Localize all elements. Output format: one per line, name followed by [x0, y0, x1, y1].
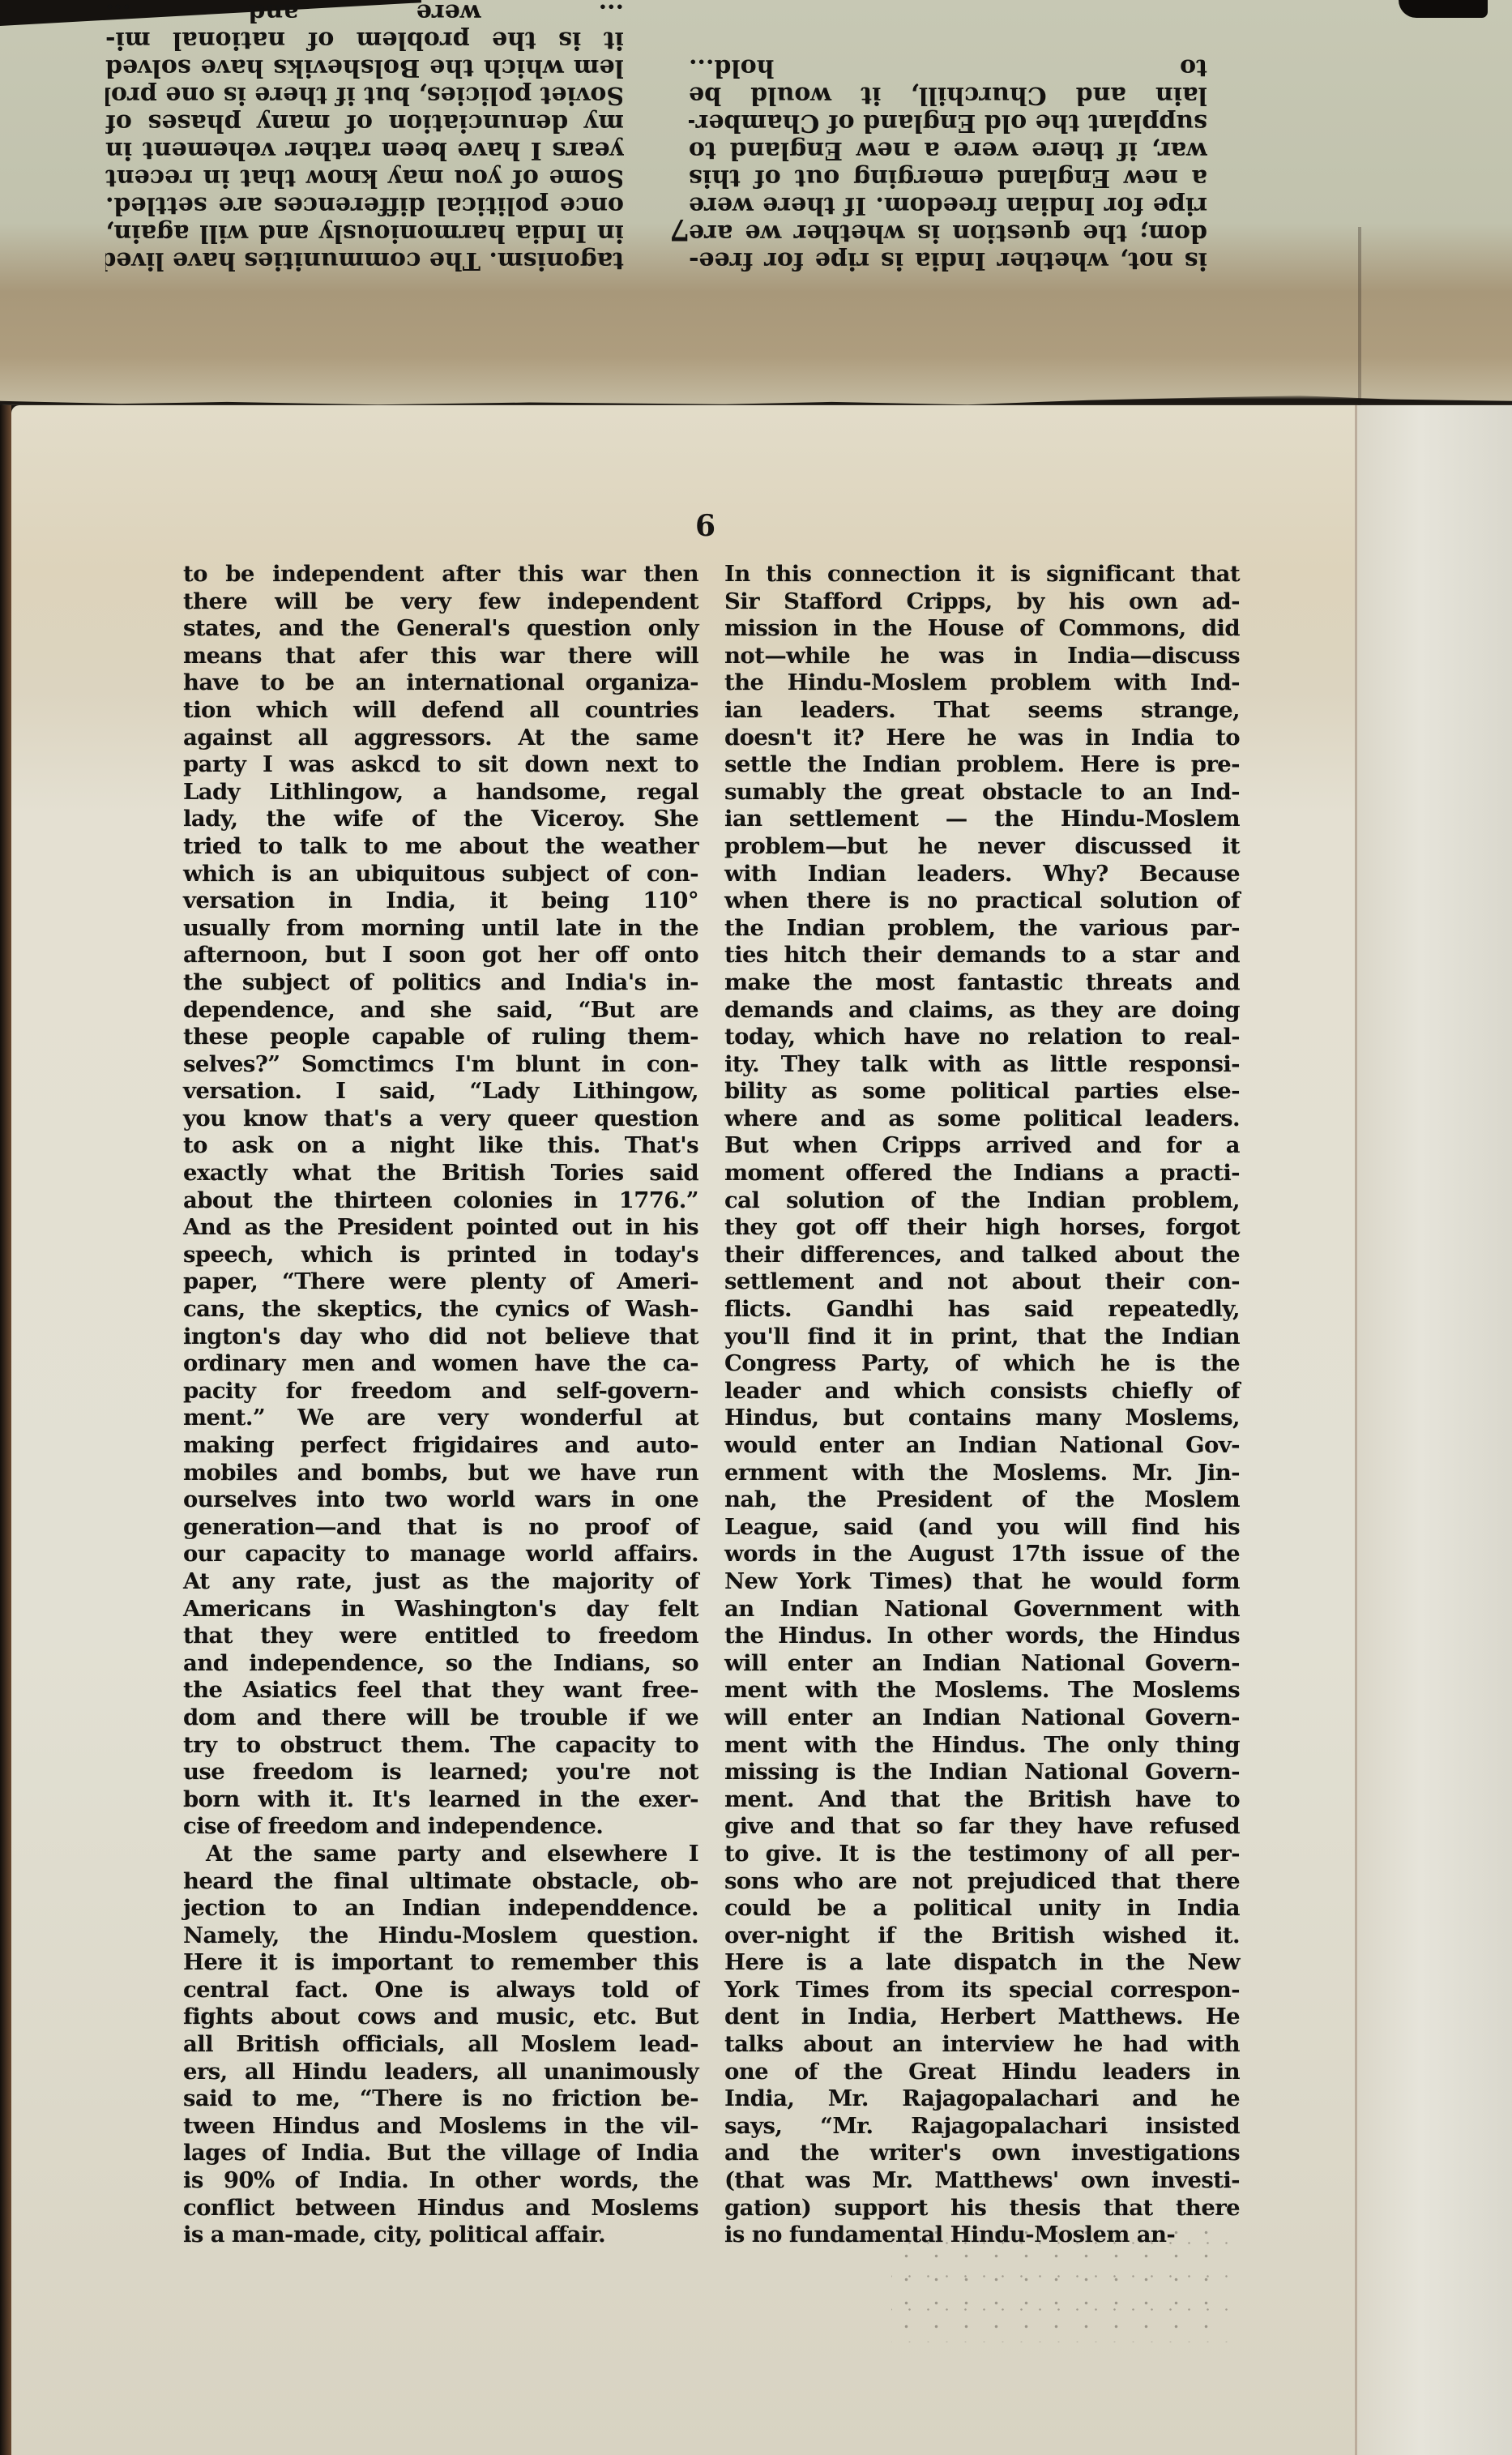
left-text-column: to be independent after this war thenthe… — [183, 561, 698, 2249]
text-line: making perfect frigidaires and auto- — [183, 1432, 698, 1460]
text-line: when there is no practical solution of — [724, 887, 1240, 915]
text-line: Sir Stafford Cripps, by his own ad- — [724, 588, 1240, 616]
text-line: an Indian National Government with — [724, 1596, 1240, 1623]
text-line: about the thirteen colonies in 1776.” — [183, 1187, 698, 1215]
scan-shadow-corner — [1399, 0, 1488, 18]
text-line: exactly what the British Tories said — [183, 1160, 698, 1187]
text-line: could be a political unity in India — [724, 1895, 1240, 1923]
text-line: the Asiatics feel that they want free- — [183, 1677, 698, 1704]
text-line: to give. It is the testimony of all per- — [724, 1841, 1240, 1868]
flap-text-line: is not, whether India is ripe for free- — [689, 246, 1207, 274]
flap-text-line: supplant the old England of Chamber- — [689, 109, 1207, 136]
text-line: our capacity to manage world affairs. — [183, 1541, 698, 1568]
text-line: where and as some political leaders. — [724, 1106, 1240, 1133]
text-line: will enter an Indian National Govern- — [724, 1650, 1240, 1678]
text-line: try to obstruct them. The capacity to — [183, 1732, 698, 1760]
text-line: central fact. One is always told of — [183, 1977, 698, 2004]
text-line: selves?” Somctimcs I'm blunt in con- — [183, 1051, 698, 1079]
text-line: pacity for freedom and self-govern- — [183, 1378, 698, 1405]
text-line: conflict between Hindus and Moslems — [183, 2195, 698, 2222]
text-line: says, “Mr. Rajagopalachari insisted — [724, 2113, 1240, 2141]
text-line: settlement and not about their con- — [724, 1268, 1240, 1296]
text-line: and the writer's own investigations — [724, 2140, 1240, 2167]
text-line: you'll find it in print, that the Indian — [724, 1324, 1240, 1351]
text-line: Lady Lithlingow, a handsome, regal — [183, 779, 698, 806]
text-line: words in the August 17th issue of the — [724, 1541, 1240, 1568]
text-line: lady, the wife of the Viceroy. She — [183, 806, 698, 833]
text-line: Namely, the Hindu-Moslem question. — [183, 1923, 698, 1950]
text-line: demands and claims, as they are doing — [724, 997, 1240, 1024]
flap-text-line: war, if there were a new England to — [689, 136, 1207, 164]
text-line: they got off their high horses, forgot — [724, 1214, 1240, 1242]
flap-text-line: my denunciation of many phases of — [105, 109, 624, 136]
text-line: versation in India, it being 110° — [183, 887, 698, 915]
text-line: not—while he was in India—discuss — [724, 643, 1240, 670]
text-line: cans, the skeptics, the cynics of Wash- — [183, 1296, 698, 1324]
text-line: which is an ubiquitous subject of con- — [183, 861, 698, 888]
flap-text-line: lem which the Bolsheviks have solved — [105, 53, 624, 81]
text-line: At the same party and elsewhere I — [183, 1841, 698, 1868]
fold-crease — [1358, 227, 1361, 405]
text-line: (that was Mr. Matthews' own investi- — [724, 2167, 1240, 2195]
text-line: lages of India. But the village of India — [183, 2140, 698, 2167]
text-line: ment with the Moslems. The Moslems — [724, 1677, 1240, 1704]
text-line: League, said (and you will find his — [724, 1514, 1240, 1542]
flap-text-line: to hold... — [689, 53, 1207, 81]
flap-right-column: tagonism. The communities have livedin I… — [105, 0, 624, 274]
text-line: versation. I said, “Lady Lithingow, — [183, 1078, 698, 1106]
flap-text-line: ripe for Indian freedom. If there were — [689, 191, 1207, 219]
text-line: tried to talk to me about the weather — [183, 833, 698, 861]
text-line: dent in India, Herbert Matthews. He — [724, 2004, 1240, 2031]
flap-text-line: tagonism. The communities have lived — [105, 246, 624, 274]
text-line: sons who are not prejudiced that there — [724, 1868, 1240, 1896]
text-line: ourselves into two world wars in one — [183, 1486, 698, 1514]
text-line: settle the Indian problem. Here is pre- — [724, 751, 1240, 779]
text-line: use freedom is learned; you're not — [183, 1759, 698, 1786]
text-line: ties hitch their demands to a star and — [724, 942, 1240, 969]
text-line: you know that's a very queer question — [183, 1106, 698, 1133]
text-line: the Hindu-Moslem problem with Ind- — [724, 669, 1240, 697]
text-line: with Indian leaders. Why? Because — [724, 861, 1240, 888]
text-line: tween Hindus and Moslems in the vil- — [183, 2113, 698, 2141]
text-line: against all aggressors. At the same — [183, 725, 698, 752]
text-line: heard the final ultimate obstacle, ob- — [183, 1868, 698, 1896]
right-text-column: In this connection it is significant tha… — [724, 561, 1240, 2249]
text-line: party I was askcd to sit down next to — [183, 751, 698, 779]
text-line: Congress Party, of which he is the — [724, 1350, 1240, 1378]
flap-text-line: a new England emerging out of this — [689, 164, 1207, 191]
text-line: is 90% of India. In other words, the — [183, 2167, 698, 2195]
text-line: sumably the great obstacle to an Ind- — [724, 779, 1240, 806]
text-line: flicts. Gandhi has said repeatedly, — [724, 1296, 1240, 1324]
text-line: the Hindus. In other words, the Hindus — [724, 1623, 1240, 1650]
text-line: fights about cows and music, etc. But — [183, 2004, 698, 2031]
text-line: Hindus, but contains many Moslems, — [724, 1405, 1240, 1432]
text-line: paper, “There were plenty of Ameri- — [183, 1268, 698, 1296]
ink-specks — [891, 2221, 1232, 2342]
folded-flap-next-page: is not, whether India is ripe for free-d… — [0, 0, 1512, 405]
binding-edge — [0, 405, 11, 2455]
text-line: the subject of politics and India's in- — [183, 969, 698, 997]
text-line: to ask on a night like this. That's — [183, 1132, 698, 1160]
text-line: give and that so far they have refused — [724, 1813, 1240, 1841]
text-line: cise of freedom and independence. — [183, 1813, 698, 1841]
flap-text-line: once political differences are settled. — [105, 191, 624, 219]
text-line: doesn't it? Here he was in India to — [724, 725, 1240, 752]
text-line: today, which have no relation to real- — [724, 1024, 1240, 1051]
text-line: nah, the President of the Moslem — [724, 1486, 1240, 1514]
text-line: moment offered the Indians a practi- — [724, 1160, 1240, 1187]
text-line: the Indian problem, the various par- — [724, 915, 1240, 943]
text-line: will enter an Indian National Govern- — [724, 1704, 1240, 1732]
text-line: that they were entitled to freedom — [183, 1623, 698, 1650]
flap-text-line: Soviet policies, but if there is one pro… — [105, 81, 624, 109]
text-line: Here it is important to remember this — [183, 1949, 698, 1977]
flap-text-line: lain and Churchill, it would be — [689, 81, 1207, 109]
text-line: one of the Great Hindu leaders in — [724, 2059, 1240, 2086]
text-line: afternoon, but I soon got her off onto — [183, 942, 698, 969]
flap-left-column: is not, whether India is ripe for free-d… — [689, 53, 1207, 274]
flap-text-line: it is the problem of national mi- — [105, 26, 624, 53]
text-line: talks about an interview he had with — [724, 2031, 1240, 2059]
text-line: mission in the House of Commons, did — [724, 615, 1240, 643]
text-line: usually from morning until late in the — [183, 915, 698, 943]
text-line: Americans in Washington's day felt — [183, 1596, 698, 1623]
text-line: ment.” We are very wonderful at — [183, 1405, 698, 1432]
text-line: ian leaders. That seems strange, — [724, 697, 1240, 725]
text-line: mobiles and bombs, but we have run — [183, 1460, 698, 1487]
text-line: gation) support his thesis that there — [724, 2195, 1240, 2222]
text-line: But when Cripps arrived and for a — [724, 1132, 1240, 1160]
text-line: ernment with the Moslems. Mr. Jin- — [724, 1460, 1240, 1487]
flap-text-line: Some of you may know that in recent — [105, 164, 624, 191]
flap-page-number: 7 — [669, 212, 690, 246]
text-line: In this connection it is significant tha… — [724, 561, 1240, 588]
text-line: there will be very few independent — [183, 588, 698, 616]
text-line: to be independent after this war then — [183, 561, 698, 588]
flap-text-line: in India harmoniously and will again, — [105, 219, 624, 246]
text-line: ment with the Hindus. The only thing — [724, 1732, 1240, 1760]
text-line: and independence, so the Indians, so — [183, 1650, 698, 1678]
text-line: speech, which is printed in today's — [183, 1242, 698, 1269]
text-line: ity. They talk with as little responsi- — [724, 1051, 1240, 1079]
text-line: York Times from its special correspon- — [724, 1977, 1240, 2004]
text-line: India, Mr. Rajagopalachari and he — [724, 2085, 1240, 2113]
flap-text-line: dom; the question is whether we are — [689, 219, 1207, 246]
text-line: dependence, and she said, “But are — [183, 997, 698, 1024]
text-line: ordinary men and women have the ca- — [183, 1350, 698, 1378]
text-line: means that afer this war there will — [183, 643, 698, 670]
text-line: leader and which consists chiefly of — [724, 1378, 1240, 1405]
text-line: their differences, and talked about the — [724, 1242, 1240, 1269]
text-line: dom and there will be trouble if we — [183, 1704, 698, 1732]
text-line: cal solution of the Indian problem, — [724, 1187, 1240, 1215]
text-line: these people capable of ruling them- — [183, 1024, 698, 1051]
text-line: bility as some political parties else- — [724, 1078, 1240, 1106]
text-line: would enter an Indian National Gov- — [724, 1432, 1240, 1460]
right-margin-fold — [1355, 405, 1512, 2455]
text-line: missing is the Indian National Govern- — [724, 1759, 1240, 1786]
text-line: At any rate, just as the majority of — [183, 1568, 698, 1596]
text-line: tion which will defend all countries — [183, 697, 698, 725]
text-line: ington's day who did not believe that — [183, 1324, 698, 1351]
text-line: born with it. It's learned in the exer- — [183, 1786, 698, 1814]
text-line: states, and the General's question only — [183, 615, 698, 643]
text-line: all British officials, all Moslem lead- — [183, 2031, 698, 2059]
text-line: Here is a late dispatch in the New — [724, 1949, 1240, 1977]
text-line: generation—and that is no proof of — [183, 1514, 698, 1542]
text-line: said to me, “There is no friction be- — [183, 2085, 698, 2113]
text-line: ers, all Hindu leaders, all unanimously — [183, 2059, 698, 2086]
text-line: over-night if the British wished it. — [724, 1923, 1240, 1950]
text-line: problem—but he never discussed it — [724, 833, 1240, 861]
text-line: And as the President pointed out in his — [183, 1214, 698, 1242]
flap-text-block: is not, whether India is ripe for free-d… — [49, 6, 1207, 274]
text-line: have to be an international organiza- — [183, 669, 698, 697]
text-line: is a man-made, city, political affair. — [183, 2222, 698, 2249]
text-line: ment. And that the British have to — [724, 1786, 1240, 1814]
text-line: jection to an Indian independdence. — [183, 1895, 698, 1923]
page-number: 6 — [695, 509, 715, 543]
flap-text-line: years I have been rather vehement in — [105, 136, 624, 164]
text-line: ian settlement — the Hindu-Moslem — [724, 806, 1240, 833]
flap-text-line: ... were and ... — [105, 0, 624, 26]
text-line: make the most fantastic threats and — [724, 969, 1240, 997]
text-line: New York Times) that he would form — [724, 1568, 1240, 1596]
